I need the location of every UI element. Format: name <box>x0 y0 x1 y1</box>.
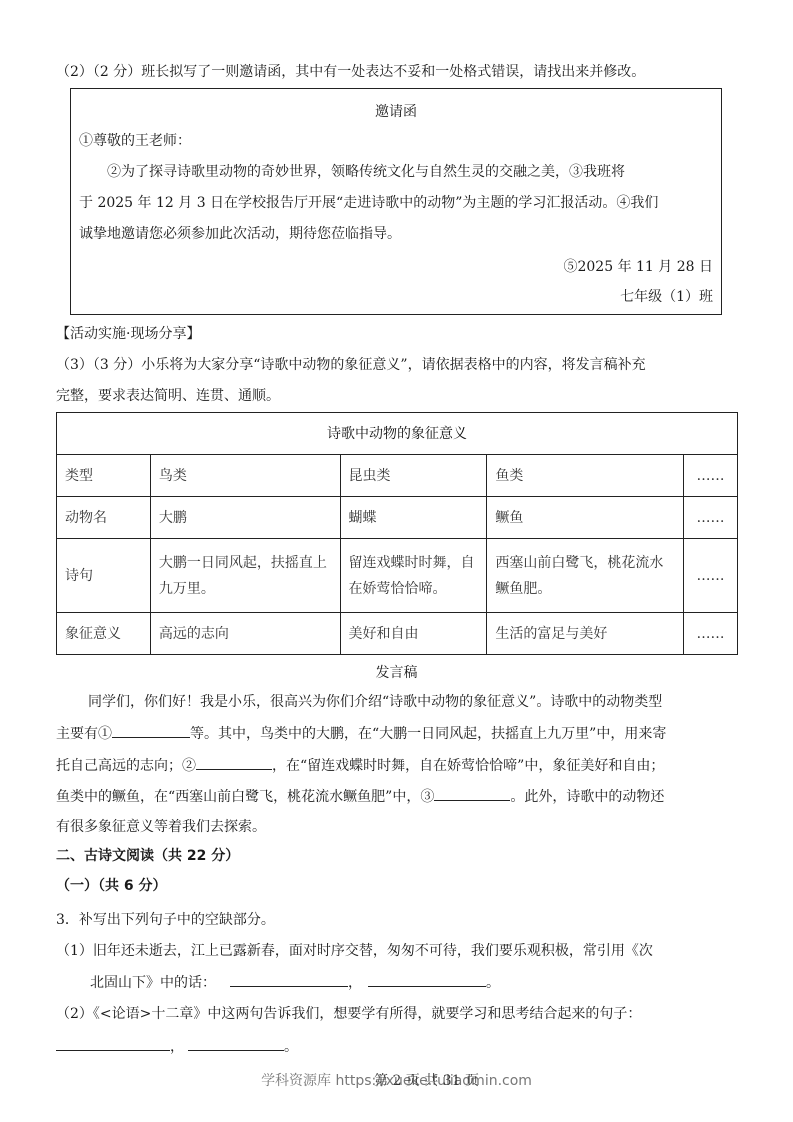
answer-blank-poem-2[interactable] <box>368 972 486 987</box>
row-label: 象征意义 <box>57 613 151 655</box>
table-cell: 生活的富足与美好 <box>487 613 684 655</box>
invitation-body-line-1: ②为了探寻诗歌里动物的奇妙世界，领略传统文化与自然生灵的交融之美，③我班将 <box>107 162 625 182</box>
invitation-body-line-3: 诚挚地邀请您必须参加此次活动，期待您莅临指导。 <box>79 224 401 244</box>
table-cell-ellipsis: …… <box>684 613 738 655</box>
answer-blank-lunyu-2[interactable] <box>188 1036 284 1051</box>
table-cell: 大鹏 <box>150 497 340 539</box>
invitation-date: ⑤2025 年 11 月 28 日 <box>563 257 713 277</box>
speech-text: 鱼类中的鳜鱼，在“西塞山前白鹭飞，桃花流水鳜鱼肥”中，③ <box>56 789 434 805</box>
part-2-heading: 二、古诗文阅读（共 22 分） <box>56 846 239 866</box>
period: 。 <box>486 975 500 991</box>
speech-line-2: 主要有①等。其中，鸟类中的大鹏，在“大鹏一日同风起，扶摇直上九万里”中，用来寄 <box>56 723 666 744</box>
part-2-subheading: （一）（共 6 分） <box>56 876 167 896</box>
table-cell: 蝴蝶 <box>340 497 487 539</box>
answer-blank-lunyu-1[interactable] <box>56 1036 170 1051</box>
speech-text: 等。其中，鸟类中的大鹏，在“大鹏一日同风起，扶摇直上九万里”中，用来寄 <box>190 726 666 742</box>
separator: ， <box>170 1039 184 1055</box>
table-row: 类型 鸟类 昆虫类 鱼类 …… <box>57 455 738 497</box>
invitation-letter-box: 邀请函 ①尊敬的王老师： ②为了探寻诗歌里动物的奇妙世界，领略传统文化与自然生灵… <box>70 88 722 315</box>
table-row: 诗句 大鹏一日同风起，扶摇直上九万里。 留连戏蝶时时舞，自在娇莺恰恰啼。 西塞山… <box>57 539 738 613</box>
row-label: 动物名 <box>57 497 151 539</box>
table-cell: 高远的志向 <box>150 613 340 655</box>
table-cell-ellipsis: …… <box>684 455 738 497</box>
speech-text: 托自己高远的志向；② <box>56 758 196 774</box>
speech-line-3: 托自己高远的志向；②，在“留连戏蝶时时舞，自在娇莺恰恰啼”中，象征美好和自由； <box>56 755 664 776</box>
animal-symbolism-table: 诗歌中动物的象征意义 类型 鸟类 昆虫类 鱼类 …… 动物名 大鹏 蝴蝶 鳜鱼 … <box>56 412 738 655</box>
question-3-prompt-line-1: （3）（3 分）小乐将为大家分享“诗歌中动物的象征意义”，请依据表格中的内容，将… <box>56 355 646 375</box>
speech-line-4: 鱼类中的鳜鱼，在“西塞山前白鹭飞，桃花流水鳜鱼肥”中，③。此外，诗歌中的动物还 <box>56 786 664 807</box>
table-cell: 美好和自由 <box>340 613 487 655</box>
table-cell: 鱼类 <box>487 455 684 497</box>
question-3-title: 3．补写出下列句子中的空缺部分。 <box>56 910 275 930</box>
table-cell: 昆虫类 <box>340 455 487 497</box>
table-cell-ellipsis: …… <box>684 497 738 539</box>
item-1-line-2: 北固山下》中的话：，。 <box>90 972 500 993</box>
invitation-salutation: ①尊敬的王老师： <box>79 131 191 151</box>
activity-section-heading: 【活动实施·现场分享】 <box>56 324 200 344</box>
table-cell: 留连戏蝶时时舞，自在娇莺恰恰啼。 <box>340 539 487 613</box>
item-2-line-2: ，。 <box>56 1036 298 1057</box>
speech-text: 主要有① <box>56 726 112 742</box>
item-1-line-1: （1）旧年还未逝去，江上已露新春，面对时序交替，匆匆不可待，我们要乐观积极，常引… <box>56 941 653 961</box>
table-cell: 西塞山前白鹭飞，桃花流水鳜鱼肥。 <box>487 539 684 613</box>
speech-title: 发言稿 <box>0 662 793 682</box>
page-number: 第 2 页 共 31 页 <box>0 1070 793 1090</box>
question-3-prompt-line-2: 完整，要求表达简明、连贯、通顺。 <box>56 386 280 406</box>
speech-text: 。此外，诗歌中的动物还 <box>510 789 664 805</box>
answer-blank-1[interactable] <box>112 723 190 738</box>
table-cell: 鳜鱼 <box>487 497 684 539</box>
speech-line-1: 同学们，你们好！我是小乐，很高兴为你们介绍“诗歌中动物的象征意义”。诗歌中的动物… <box>88 692 662 712</box>
table-cell: 鸟类 <box>150 455 340 497</box>
item-text: 北固山下》中的话： <box>90 975 216 991</box>
speech-line-5: 有很多象征意义等着我们去探索。 <box>56 817 266 837</box>
row-label: 诗句 <box>57 539 151 613</box>
item-2-line-1: （2）《<论语>十二章》中这两句告诉我们，想要学有所得，就要学习和思考结合起来的… <box>56 1004 641 1024</box>
table-title: 诗歌中动物的象征意义 <box>57 413 738 455</box>
table-row: 动物名 大鹏 蝴蝶 鳜鱼 …… <box>57 497 738 539</box>
table-row: 象征意义 高远的志向 美好和自由 生活的富足与美好 …… <box>57 613 738 655</box>
invitation-title: 邀请函 <box>71 101 721 121</box>
speech-text: ，在“留连戏蝶时时舞，自在娇莺恰恰啼”中，象征美好和自由； <box>272 758 664 774</box>
table-cell-ellipsis: …… <box>684 539 738 613</box>
invitation-body-line-2: 于 2025 年 12 月 3 日在学校报告厅开展“走进诗歌中的动物”为主题的学… <box>79 193 658 213</box>
period: 。 <box>284 1039 298 1055</box>
answer-blank-3[interactable] <box>434 786 510 801</box>
table-cell: 大鹏一日同风起，扶摇直上九万里。 <box>150 539 340 613</box>
answer-blank-2[interactable] <box>196 755 272 770</box>
answer-blank-poem-1[interactable] <box>230 972 348 987</box>
invitation-signature: 七年级（1）班 <box>620 287 713 307</box>
separator: ， <box>348 975 362 991</box>
row-label: 类型 <box>57 455 151 497</box>
question-2-prompt: （2）（2 分）班长拟写了一则邀请函，其中有一处表达不妥和一处格式错误，请找出来… <box>56 62 645 82</box>
